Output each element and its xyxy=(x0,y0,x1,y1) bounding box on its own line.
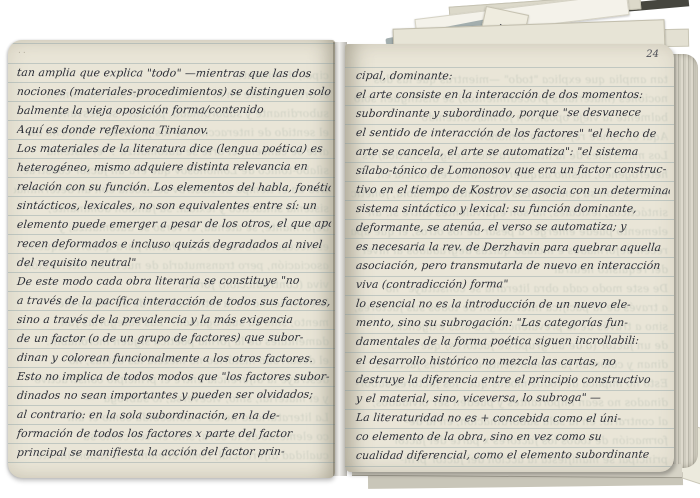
handwritten-line: deformante, se atenúa, el verso se autom… xyxy=(355,217,671,237)
handwritten-line: heterogéneo, mismo adquiere distinta rel… xyxy=(16,157,332,177)
handwritten-line: el desarrollo histórico no mezcla las ca… xyxy=(355,351,671,371)
handwritten-line: sílabo-tónico de Lomonosov que era un fa… xyxy=(355,160,671,180)
handwritten-line: de un factor (o de un grupo de factores)… xyxy=(16,328,332,348)
handwritten-line: Aquí es donde reflexiona Tinianov. xyxy=(16,120,332,140)
handwritten-line: recen deformados e incluso quizás degrad… xyxy=(16,234,332,254)
handwritten-line: Esto no implica de todos modos que "los … xyxy=(16,367,332,386)
notebook-photo: 54 cipal, dominante:el arte consiste en … xyxy=(0,0,700,498)
handwritten-line: La literaturidad no es + concebida como … xyxy=(355,408,671,428)
handwritten-line: el sentido de interacción de los factore… xyxy=(355,123,671,143)
handwritten-line: cualidad diferencial, como el elemento s… xyxy=(355,445,671,465)
handwritten-line: viva (contradicción) forma" xyxy=(355,274,671,294)
page-number: 24 xyxy=(646,49,659,60)
handwritten-line: nociones (materiales-procedimientos) se … xyxy=(16,82,332,101)
left-page: cipal, dominante:el arte consiste en la … xyxy=(8,40,335,478)
handwritten-line: del requisito neutral" xyxy=(16,253,332,272)
handwritten-line: Los materiales de la literatura dice (le… xyxy=(16,139,332,158)
handwritten-line: el arte consiste en la interacción de do… xyxy=(355,85,671,104)
handwritten-line: formación de todos los factores x parte … xyxy=(16,424,332,443)
handwritten-line: sino a través de la prevalencia y la más… xyxy=(16,310,332,329)
handwritten-line: relación con su función. Los elementos d… xyxy=(16,177,332,197)
handwritten-line: damentales de la forma poética siguen in… xyxy=(355,331,671,351)
handwritten-line: tivo en el tiempo de Kostrov se asocia c… xyxy=(355,180,671,200)
handwritten-line: al contrario: en la sola subordinación, … xyxy=(16,405,332,425)
handwritten-line: principal se manifiesta la acción del fa… xyxy=(16,442,332,462)
handwritten-line: dinados no sean importantes y pueden ser… xyxy=(16,385,332,405)
handwritten-line: lo esencial no es la introducción de un … xyxy=(355,294,671,314)
right-page: tan amplia que explica "todo" —mientras … xyxy=(345,44,674,472)
right-page-handwriting: cipal, dominante:el arte consiste en la … xyxy=(356,66,670,465)
handwritten-line: y el material, sino, viceversa, lo subro… xyxy=(355,388,671,408)
handwritten-line: a través de la pacífica interacción de t… xyxy=(16,291,332,311)
handwritten-line: balmente la vieja oposición forma/conten… xyxy=(16,100,332,120)
handwritten-line: sistema sintáctico y lexical: su función… xyxy=(355,199,671,218)
handwritten-line: De este modo cada obra literaria se cons… xyxy=(16,271,332,291)
handwritten-line: asociación, pero transmutarla de nuevo e… xyxy=(355,256,671,275)
handwritten-line: elemento puede emerger a pesar de los ot… xyxy=(16,214,332,234)
handwritten-line: arte se cancela, el arte se automatiza":… xyxy=(355,142,671,161)
handwritten-line: subordinante y subordinado, porque "se d… xyxy=(355,103,671,123)
pencil-mark: .. xyxy=(18,46,28,56)
left-page-handwriting: tan amplia que explica "todo" —mientras … xyxy=(17,63,331,462)
handwritten-line: cipal, dominante: xyxy=(355,66,671,86)
handwritten-line: dinan y colorean funcionalmente a los ot… xyxy=(16,348,332,368)
handwritten-line: tan amplia que explica "todo" —mientras … xyxy=(16,63,332,83)
handwritten-line: destruye la diferencia entre el principi… xyxy=(355,370,671,389)
handwritten-line: mento, sino su subrogación: "Las categor… xyxy=(355,313,671,332)
handwritten-line: sintácticos, lexicales, no son equivalen… xyxy=(16,196,332,215)
handwritten-line: co elemento de la obra, sino en vez como… xyxy=(355,427,671,446)
handwritten-line: es necesaria la rev. de Derzhavin para q… xyxy=(355,237,671,257)
